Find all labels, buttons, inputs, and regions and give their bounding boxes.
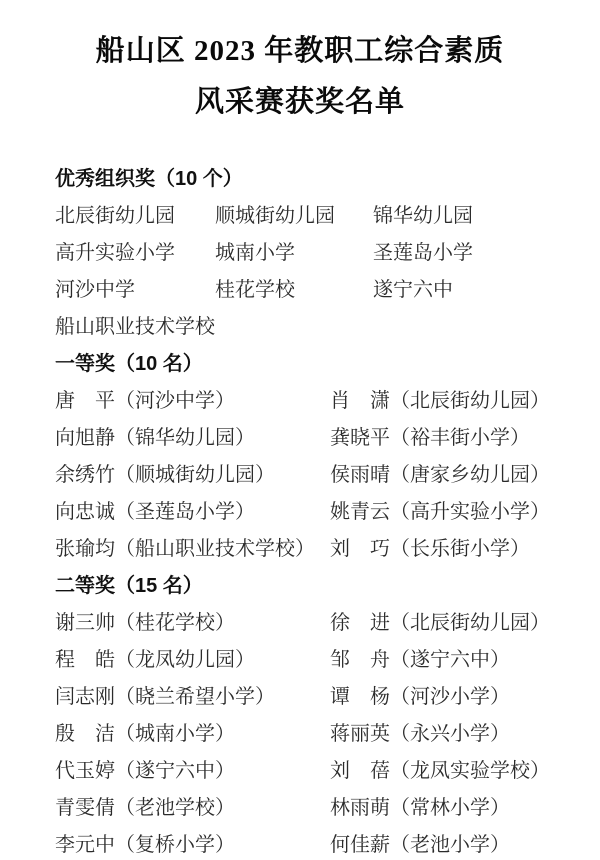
winner-entry: 殷 洁（城南小学） bbox=[55, 716, 330, 753]
winner-entry: 余绣竹（顺城街幼儿园） bbox=[55, 457, 330, 494]
winner-entry: 程 皓（龙凤幼儿园） bbox=[55, 642, 330, 679]
winner-entry: 龚晓平（裕丰街小学） bbox=[330, 420, 530, 457]
school-name: 桂花学校 bbox=[215, 272, 373, 309]
winner-row: 代玉婷（遂宁六中）刘 蓓（龙凤实验学校） bbox=[55, 753, 575, 790]
winner-entry: 李元中（复桥小学） bbox=[55, 827, 330, 860]
school-name: 高升实验小学 bbox=[55, 235, 215, 272]
school-name: 河沙中学 bbox=[55, 272, 215, 309]
winner-row: 余绣竹（顺城街幼儿园）侯雨晴（唐家乡幼儿园） bbox=[55, 457, 575, 494]
winner-row: 谢三帅（桂花学校）徐 进（北辰街幼儿园） bbox=[55, 605, 575, 642]
winner-entry: 肖 潇（北辰街幼儿园） bbox=[330, 383, 550, 420]
school-name: 城南小学 bbox=[215, 235, 373, 272]
section-heading: 一等奖（10 名） bbox=[55, 346, 575, 383]
winner-entry: 徐 进（北辰街幼儿园） bbox=[330, 605, 550, 642]
winner-row: 闫志刚（晓兰希望小学）谭 杨（河沙小学） bbox=[55, 679, 575, 716]
page-title-line-2: 风采赛获奖名单 bbox=[0, 77, 600, 128]
school-name: 圣莲岛小学 bbox=[373, 235, 473, 272]
organization-award-row: 船山职业技术学校 bbox=[55, 309, 575, 346]
school-name: 船山职业技术学校 bbox=[55, 309, 215, 346]
winner-entry: 谢三帅（桂花学校） bbox=[55, 605, 330, 642]
section-heading: 二等奖（15 名） bbox=[55, 568, 575, 605]
winner-entry: 刘 巧（长乐街小学） bbox=[330, 531, 530, 568]
school-name: 遂宁六中 bbox=[373, 272, 453, 309]
document-page: 船山区 2023 年教职工综合素质 风采赛获奖名单 优秀组织奖（10 个）北辰街… bbox=[0, 0, 600, 860]
winner-row: 唐 平（河沙中学）肖 潇（北辰街幼儿园） bbox=[55, 383, 575, 420]
winner-row: 殷 洁（城南小学）蒋丽英（永兴小学） bbox=[55, 716, 575, 753]
winner-entry: 向旭静（锦华幼儿园） bbox=[55, 420, 330, 457]
winner-entry: 张瑜均（船山职业技术学校） bbox=[55, 531, 330, 568]
organization-award-row: 河沙中学桂花学校遂宁六中 bbox=[55, 272, 575, 309]
winner-row: 向旭静（锦华幼儿园）龚晓平（裕丰街小学） bbox=[55, 420, 575, 457]
winner-entry: 代玉婷（遂宁六中） bbox=[55, 753, 330, 790]
winner-entry: 邹 舟（遂宁六中） bbox=[330, 642, 510, 679]
winner-entry: 青雯倩（老池学校） bbox=[55, 790, 330, 827]
winner-entry: 向忠诚（圣莲岛小学） bbox=[55, 494, 330, 531]
section-heading: 优秀组织奖（10 个） bbox=[55, 161, 575, 198]
winner-row: 李元中（复桥小学）何佳薪（老池小学） bbox=[55, 827, 575, 860]
winner-entry: 唐 平（河沙中学） bbox=[55, 383, 330, 420]
school-name: 顺城街幼儿园 bbox=[215, 198, 373, 235]
winner-entry: 侯雨晴（唐家乡幼儿园） bbox=[330, 457, 550, 494]
school-name: 北辰街幼儿园 bbox=[55, 198, 215, 235]
winner-entry: 刘 蓓（龙凤实验学校） bbox=[330, 753, 550, 790]
winner-entry: 闫志刚（晓兰希望小学） bbox=[55, 679, 330, 716]
winner-row: 张瑜均（船山职业技术学校）刘 巧（长乐街小学） bbox=[55, 531, 575, 568]
winner-entry: 姚青云（高升实验小学） bbox=[330, 494, 550, 531]
winner-row: 向忠诚（圣莲岛小学）姚青云（高升实验小学） bbox=[55, 494, 575, 531]
winner-row: 程 皓（龙凤幼儿园）邹 舟（遂宁六中） bbox=[55, 642, 575, 679]
winner-entry: 蒋丽英（永兴小学） bbox=[330, 716, 510, 753]
school-name: 锦华幼儿园 bbox=[373, 198, 473, 235]
organization-award-row: 高升实验小学城南小学圣莲岛小学 bbox=[55, 235, 575, 272]
winner-entry: 何佳薪（老池小学） bbox=[330, 827, 510, 860]
winner-entry: 谭 杨（河沙小学） bbox=[330, 679, 510, 716]
organization-award-row: 北辰街幼儿园顺城街幼儿园锦华幼儿园 bbox=[55, 198, 575, 235]
page-title-line-1: 船山区 2023 年教职工综合素质 bbox=[0, 26, 600, 77]
page-title: 船山区 2023 年教职工综合素质 风采赛获奖名单 bbox=[0, 0, 600, 128]
award-sections-container: 优秀组织奖（10 个）北辰街幼儿园顺城街幼儿园锦华幼儿园高升实验小学城南小学圣莲… bbox=[0, 161, 600, 860]
winner-row: 青雯倩（老池学校）林雨萌（常林小学） bbox=[55, 790, 575, 827]
winner-entry: 林雨萌（常林小学） bbox=[330, 790, 510, 827]
